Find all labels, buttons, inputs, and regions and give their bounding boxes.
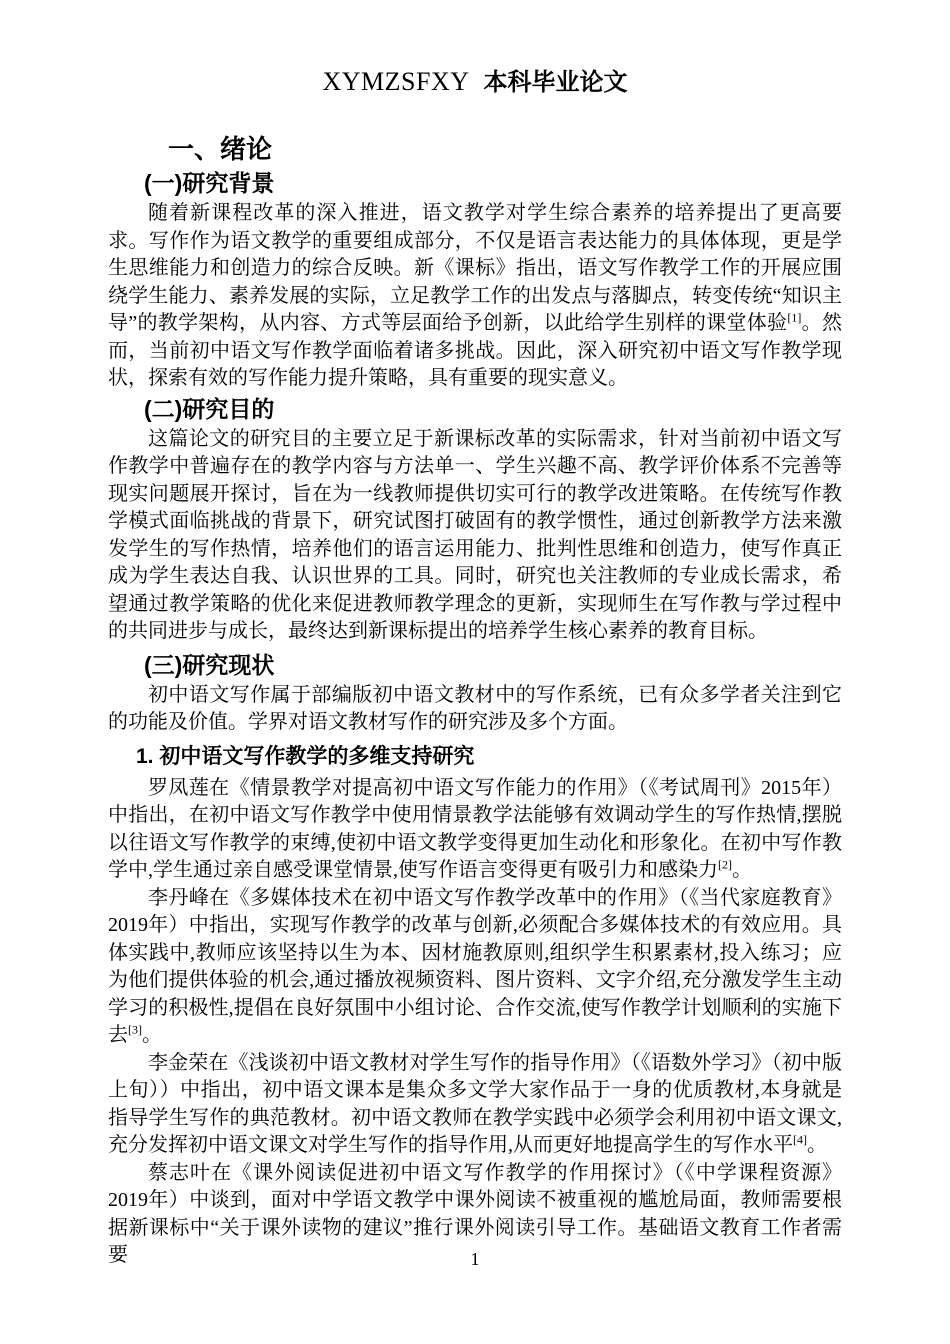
citation-ref: [4] xyxy=(793,1132,807,1146)
page-number: 1 xyxy=(0,1248,950,1270)
citation-ref: [3] xyxy=(128,1022,142,1036)
paragraph-literature-lijinrong: 李金荣在《浅谈初中语文教材对学生写作的指导作用》（《语数外学习》（初中版上旬））… xyxy=(108,1050,842,1160)
text-run: 随着新课程改革的深入推进，语文教学对学生综合素养的培养提出了更高要求。写作作为语… xyxy=(108,202,842,334)
document-header: XYMZSFXY 本科毕业论文 xyxy=(108,66,842,102)
citation-ref: [1] xyxy=(787,310,801,324)
text-run: 李金荣在《浅谈初中语文教材对学生写作的指导作用》（《语数外学习》（初中版上旬））… xyxy=(108,1052,842,1157)
text-run: 。 xyxy=(142,1024,162,1046)
paragraph-literature-lidanfeng: 李丹峰在《多媒体技术在初中语文写作教学改革中的作用》（《当代家庭教育》2019年… xyxy=(108,885,842,1050)
chapter-heading-introduction: 一、绪论 xyxy=(168,132,842,166)
subsection-heading-multidimensional-support: 1. 初中语文写作教学的多维支持研究 xyxy=(136,742,842,771)
section-heading-research-status: (三)研究现状 xyxy=(144,650,842,680)
text-run: 。 xyxy=(807,1134,827,1156)
section-heading-research-background: (一)研究背景 xyxy=(144,168,842,198)
text-run: 。 xyxy=(732,859,752,881)
paragraph-literature-luofenglian: 罗凤莲在《情景教学对提高初中语文写作能力的作用》（《考试周刊》2015年）中指出… xyxy=(108,775,842,885)
header-thesis-type: 本科毕业论文 xyxy=(484,70,628,96)
thesis-page: XYMZSFXY 本科毕业论文 一、绪论 (一)研究背景 随着新课程改革的深入推… xyxy=(0,0,950,1344)
paragraph-research-background: 随着新课程改革的深入推进，语文教学对学生综合素养的培养提出了更高要求。写作作为语… xyxy=(108,200,842,393)
citation-ref: [2] xyxy=(718,857,732,871)
text-run: 李丹峰在《多媒体技术在初中语文写作教学改革中的作用》（《当代家庭教育》2019年… xyxy=(108,887,842,1047)
paragraph-research-status-intro: 初中语文写作属于部编版初中语文教材中的写作系统，已有众多学者关注到它的功能及价值… xyxy=(108,682,842,737)
paragraph-research-purpose: 这篇论文的研究目的主要立足于新课标改革的实际需求，针对当前初中语文写作教学中普遍… xyxy=(108,426,842,646)
header-school-code: XYMZSFXY xyxy=(322,67,469,96)
section-heading-research-purpose: (二)研究目的 xyxy=(144,394,842,424)
